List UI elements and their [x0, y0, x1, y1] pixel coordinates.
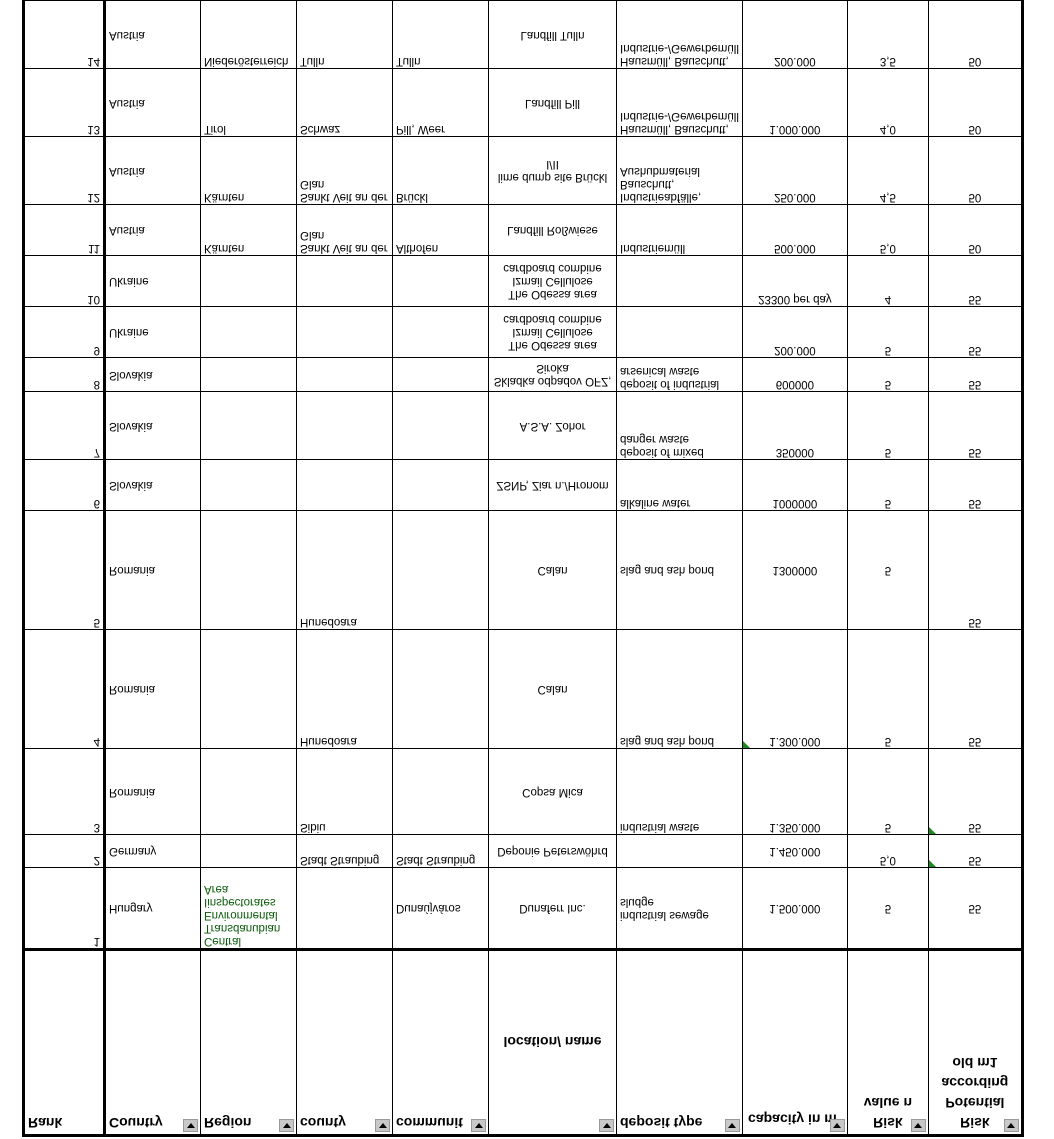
cell-capacity-text: 1000000 — [773, 497, 818, 509]
cell-risk-value[interactable]: 4,5 — [847, 137, 928, 205]
cell-deposit-type-text: Hausmüll, Bauschutt, Industrie-/Gewerbem… — [620, 110, 739, 135]
cell-deposit-type[interactable] — [617, 307, 743, 358]
cell-risk-value-text: 4 — [885, 293, 891, 305]
cell-region[interactable] — [201, 392, 297, 460]
cell-risk-potential[interactable]: 50 — [928, 205, 1022, 256]
cell-deposit-type[interactable]: deposit of mixed danger waste — [617, 392, 743, 460]
cell-region[interactable] — [201, 460, 297, 511]
cell-risk-potential[interactable]: 55 — [928, 835, 1022, 868]
cell-rank-text: 12 — [87, 191, 100, 203]
cell-capacity-text: 1.450.000 — [769, 846, 820, 858]
cell-community-text: Pill, Weer — [396, 123, 445, 135]
cell-risk-value-text: 5 — [885, 735, 891, 747]
cell-region[interactable]: Kärnten — [201, 205, 297, 256]
cell-risk-potential[interactable]: 55 — [928, 460, 1022, 511]
cell-county[interactable]: Sankt Veit an der Glan — [297, 137, 393, 205]
comment-indicator-icon[interactable] — [929, 827, 936, 834]
cell-county[interactable]: Hunedoara — [297, 630, 393, 749]
cell-rank[interactable]: 11 — [24, 205, 105, 256]
cell-country-text: Austria — [109, 165, 145, 177]
cell-rank-text: 10 — [87, 293, 100, 305]
filter-dropdown-community[interactable] — [471, 1119, 486, 1132]
cell-risk-value-text: 5 — [885, 903, 891, 915]
cell-county[interactable] — [297, 868, 393, 950]
cell-deposit-type[interactable]: deposit of industrial arsenical waste — [617, 358, 743, 392]
cell-country[interactable]: Ukraine — [105, 307, 201, 358]
cell-capacity[interactable]: 23300 per day — [742, 256, 847, 307]
cell-rank-text: 11 — [88, 242, 100, 254]
cell-rank-text: 4 — [94, 735, 100, 747]
cell-location[interactable]: Deponie Peterswöhrd — [489, 835, 617, 868]
cell-rank-text: 1 — [94, 935, 100, 947]
table-row: 3RomaniaSibiuCopsa Micaindustrial waste1… — [24, 749, 1023, 835]
filter-dropdown-location[interactable] — [599, 1119, 614, 1132]
cell-community[interactable] — [393, 392, 489, 460]
cell-capacity-text: 1.500.000 — [769, 903, 820, 915]
cell-country-text: Slovakia — [109, 369, 152, 381]
cell-location-text: Calan — [537, 684, 567, 696]
table-row: 5RomaniaHunedoaraCalanslag and ash pond1… — [24, 511, 1023, 630]
table-row: 8SlovakiaSkladka odpadov OFZ, Sirokadepo… — [24, 358, 1023, 392]
cell-risk-value-text: 3,5 — [880, 55, 896, 67]
cell-risk-potential-text: 55 — [968, 293, 981, 305]
cell-community-text: Tulln — [396, 55, 421, 67]
cell-deposit-type-text: industrial waste — [620, 821, 699, 833]
cell-region[interactable] — [201, 358, 297, 392]
cell-community-text: Dunaújváros — [396, 903, 461, 915]
header-rank: Rank — [24, 950, 105, 1136]
cell-location-text: The Odessa area Izmail Cellulose cardboa… — [503, 314, 601, 352]
cell-region[interactable] — [201, 630, 297, 749]
cell-risk-potential-text: 55 — [968, 616, 981, 628]
cell-location[interactable]: Skladka odpadov OFZ, Siroka — [489, 358, 617, 392]
cell-county[interactable]: Tulln — [297, 0, 393, 69]
cell-community-text: Stadt Straubing — [396, 854, 475, 866]
cell-deposit-type-text: slag and ash pond — [620, 735, 714, 747]
cell-region[interactable]: Kärnten — [201, 137, 297, 205]
table-row: 12AustriaKärntenSankt Veit an der GlanBr… — [24, 137, 1023, 205]
cell-location-text: Landfill Pill — [525, 97, 580, 109]
cell-capacity[interactable]: 1.000.000 — [742, 69, 847, 137]
cell-capacity[interactable]: 200.000 — [742, 0, 847, 69]
table-row: 10UkraineThe Odessa area Izmail Cellulos… — [24, 256, 1023, 307]
cell-location-text: Dunaferr Inc. — [519, 903, 585, 915]
cell-rank[interactable]: 13 — [24, 69, 105, 137]
filter-dropdown-risk-potential[interactable] — [1004, 1119, 1019, 1132]
cell-capacity-text: 500.000 — [774, 242, 816, 254]
cell-risk-value-text: 5,0 — [880, 242, 896, 254]
cell-country-text: Hungary — [109, 903, 152, 915]
cell-county-text: Stadt Straubing — [300, 854, 379, 866]
cell-location-text: Calan — [537, 565, 567, 577]
cell-country[interactable]: Romania — [105, 749, 201, 835]
spreadsheet: Rank Country Region county communit loca… — [0, 0, 1054, 1139]
cell-deposit-type[interactable]: alkaline water — [617, 460, 743, 511]
cell-risk-potential-text: 50 — [968, 191, 981, 203]
cell-country[interactable]: Austria — [105, 69, 201, 137]
cell-region[interactable] — [201, 307, 297, 358]
cell-risk-value-text: 4,5 — [880, 191, 896, 203]
cell-country-text: Germany — [109, 846, 156, 858]
cell-county[interactable]: Sibiu — [297, 749, 393, 835]
cell-capacity[interactable]: 1000000 — [742, 460, 847, 511]
cell-risk-potential[interactable]: 50 — [928, 69, 1022, 137]
cell-location[interactable]: A.S.A. Zohor — [489, 392, 617, 460]
cell-country[interactable]: Romania — [105, 630, 201, 749]
cell-rank[interactable]: 6 — [24, 460, 105, 511]
cell-country-text: Austria — [109, 225, 145, 237]
cell-community[interactable]: Pill, Weer — [393, 69, 489, 137]
cell-deposit-type-text: deposit of industrial arsenical waste — [620, 365, 719, 390]
cell-location-text: A.S.A. Zohor — [520, 420, 586, 432]
header-risk-potential: Risk Potential according old m1 — [928, 950, 1022, 1136]
cell-location[interactable]: Calan — [489, 511, 617, 630]
header-region: Region — [201, 950, 297, 1136]
cell-risk-value[interactable]: 5 — [847, 307, 928, 358]
cell-community-text: Brückl — [396, 191, 428, 203]
cell-region[interactable]: Central Transdanubian Environmental Iins… — [201, 868, 297, 950]
cell-deposit-type[interactable]: Industrieabfälle, Bauschutt, Aushubmater… — [617, 137, 743, 205]
cell-country[interactable]: Romania — [105, 511, 201, 630]
cell-rank-text: 9 — [94, 344, 100, 356]
table-row: 11AustriaKärntenSankt Veit an der GlanAl… — [24, 205, 1023, 256]
cell-county-text: Hunedoara — [300, 735, 357, 747]
cell-deposit-type-text: alkaline water — [620, 497, 690, 509]
cell-county[interactable]: Stadt Straubing — [297, 835, 393, 868]
cell-risk-value[interactable]: 5 — [847, 392, 928, 460]
cell-capacity[interactable]: 600000 — [742, 358, 847, 392]
cell-risk-value[interactable]: 4,0 — [847, 69, 928, 137]
cell-capacity[interactable]: 1300000 — [742, 511, 847, 630]
cell-county[interactable]: Sankt Veit an der Glan — [297, 205, 393, 256]
cell-county[interactable] — [297, 256, 393, 307]
cell-capacity[interactable]: 1.350.000 — [742, 749, 847, 835]
cell-location[interactable]: The Odessa area Izmail Cellulose cardboa… — [489, 307, 617, 358]
cell-rank[interactable]: 1 — [24, 868, 105, 950]
cell-county[interactable] — [297, 358, 393, 392]
cell-risk-potential[interactable]: 55 — [928, 307, 1022, 358]
cell-country-text: Austria — [109, 97, 145, 109]
cell-deposit-type-text: Industriemüll — [620, 242, 685, 254]
cell-location-text: Skladka odpadov OFZ, Siroka — [494, 363, 612, 388]
cell-risk-potential[interactable]: 55 — [928, 358, 1022, 392]
cell-deposit-type[interactable]: industrial sewage sludge — [617, 868, 743, 950]
cell-rank-text: 5 — [94, 616, 100, 628]
cell-deposit-type[interactable] — [617, 256, 743, 307]
header-capacity: capacity in m3 — [742, 950, 847, 1136]
cell-capacity-text: 350000 — [776, 446, 814, 458]
cell-county[interactable]: Schwaz — [297, 69, 393, 137]
cell-capacity[interactable]: 350000 — [742, 392, 847, 460]
cell-country-text: Romania — [109, 786, 155, 798]
cell-country[interactable]: Slovakia — [105, 460, 201, 511]
cell-country[interactable]: Ukraine — [105, 256, 201, 307]
cell-rank[interactable]: 9 — [24, 307, 105, 358]
header-risk-value: Risk value n — [847, 950, 928, 1136]
cell-risk-potential[interactable]: 55 — [928, 749, 1022, 835]
table-row: 14AustriaNiederösterreichTullnTullnLandf… — [24, 0, 1023, 69]
cell-deposit-type-text: Hausmüll, Bauschutt, Industrie-/Gewerbem… — [620, 42, 739, 67]
cell-county-text: Sankt Veit an der Glan — [300, 178, 388, 203]
table-row: 6SlovakiaZSNP, Ziar n./Hronomalkaline wa… — [24, 460, 1023, 511]
cell-rank[interactable]: 12 — [24, 137, 105, 205]
cell-country[interactable]: Austria — [105, 137, 201, 205]
cell-capacity-text: 1.350.000 — [769, 821, 820, 833]
header-location: location/ name — [489, 950, 617, 1136]
cell-county-text: Schwaz — [300, 123, 340, 135]
cell-risk-value-text: 5 — [885, 378, 891, 390]
cell-rank[interactable]: 2 — [24, 835, 105, 868]
cell-location-text: Landfill Roßwiese — [507, 225, 598, 237]
cell-country-text: Austria — [109, 29, 145, 41]
filter-dropdown-capacity[interactable] — [830, 1119, 845, 1132]
cell-capacity-text: 1300000 — [773, 565, 818, 577]
cell-capacity[interactable]: 250.000 — [742, 137, 847, 205]
table-row: 2GermanyStadt StraubingStadt StraubingDe… — [24, 835, 1023, 868]
cell-risk-potential-text: 55 — [968, 344, 981, 356]
cell-location[interactable]: The Odessa area Izmail Cellulose cardboa… — [489, 256, 617, 307]
cell-risk-value-text: 4,0 — [880, 123, 896, 135]
cell-risk-value-text: 5 — [885, 446, 891, 458]
cell-region-text: Central Transdanubian Environmental Iins… — [204, 883, 280, 947]
cell-risk-value[interactable]: 5 — [847, 630, 928, 749]
cell-risk-potential[interactable]: 55 — [928, 256, 1022, 307]
comment-indicator-icon[interactable] — [929, 860, 936, 867]
cell-rank[interactable]: 5 — [24, 511, 105, 630]
cell-country-text: Romania — [109, 684, 155, 696]
cell-region[interactable]: Niederösterreich — [201, 0, 297, 69]
cell-location[interactable]: Landfill Pill — [489, 69, 617, 137]
cell-location[interactable]: lime dump site Brückl I/II — [489, 137, 617, 205]
cell-rank[interactable]: 10 — [24, 256, 105, 307]
cell-capacity-text: 1.300.000 — [769, 735, 820, 747]
cell-risk-potential-text: 55 — [968, 497, 981, 509]
cell-country-text: Slovakia — [109, 420, 152, 432]
cell-risk-potential-text: 55 — [968, 854, 981, 866]
table-row: 7SlovakiaA.S.A. Zohordeposit of mixed da… — [24, 392, 1023, 460]
cell-region-text: Kärnten — [204, 242, 244, 254]
cell-risk-potential-text: 55 — [968, 821, 981, 833]
cell-community[interactable] — [393, 460, 489, 511]
cell-country-text: Romania — [109, 565, 155, 577]
cell-location[interactable]: Copsa Mica — [489, 749, 617, 835]
cell-country[interactable]: Slovakia — [105, 392, 201, 460]
cell-risk-value[interactable]: 5 — [847, 868, 928, 950]
cell-risk-potential-text: 55 — [968, 735, 981, 747]
cell-deposit-type-text: Industrieabfälle, Bauschutt, Aushubmater… — [620, 165, 701, 203]
cell-country-text: Ukraine — [109, 276, 149, 288]
cell-risk-potential[interactable]: 55 — [928, 868, 1022, 950]
cell-capacity[interactable]: 1.300.000 — [742, 630, 847, 749]
cell-county-text: Sankt Veit an der Glan — [300, 229, 388, 254]
cell-country[interactable]: Austria — [105, 0, 201, 69]
cell-location-text: lime dump site Brückl I/II — [498, 159, 607, 184]
cell-capacity-text: 200.000 — [774, 55, 816, 67]
cell-deposit-type[interactable]: Industriemüll — [617, 205, 743, 256]
cell-community[interactable]: Stadt Straubing — [393, 835, 489, 868]
cell-capacity-text: 250.000 — [774, 191, 816, 203]
cell-country[interactable]: Austria — [105, 205, 201, 256]
cell-county[interactable] — [297, 392, 393, 460]
cell-country-text: Slovakia — [109, 480, 152, 492]
header-county: county — [297, 950, 393, 1136]
filter-dropdown-country[interactable] — [183, 1119, 198, 1132]
cell-risk-value[interactable]: 5,0 — [847, 205, 928, 256]
cell-risk-potential[interactable]: 55 — [928, 630, 1022, 749]
filter-dropdown-region[interactable] — [279, 1119, 294, 1132]
cell-community[interactable] — [393, 749, 489, 835]
filter-dropdown-deposit-type[interactable] — [725, 1119, 740, 1132]
cell-risk-value-text: 5 — [885, 344, 891, 356]
cell-risk-value[interactable]: 5 — [847, 511, 928, 630]
cell-deposit-type[interactable]: slag and ash pond — [617, 511, 743, 630]
cell-county-text: Sibiu — [300, 821, 326, 833]
cell-rank[interactable]: 4 — [24, 630, 105, 749]
cell-region-text: Niederösterreich — [204, 55, 288, 67]
cell-country[interactable]: Slovakia — [105, 358, 201, 392]
cell-capacity[interactable]: 200.000 — [742, 307, 847, 358]
cell-deposit-type-text: slag and ash pond — [620, 565, 714, 577]
cell-rank-text: 6 — [94, 497, 100, 509]
cell-location-text: Deponie Peterswöhrd — [497, 846, 608, 858]
cell-community[interactable] — [393, 511, 489, 630]
table-row: 13AustriaTirolSchwazPill, WeerLandfill P… — [24, 69, 1023, 137]
cell-community[interactable]: Tulln — [393, 0, 489, 69]
cell-risk-potential-text: 55 — [968, 903, 981, 915]
cell-community[interactable]: Althofen — [393, 205, 489, 256]
landfill-risk-table: Rank Country Region county communit loca… — [22, 0, 1024, 1137]
cell-rank-text: 7 — [94, 446, 100, 458]
header-deposit-type: deposit type — [617, 950, 743, 1136]
cell-risk-potential[interactable]: 50 — [928, 137, 1022, 205]
cell-rank-text: 3 — [94, 821, 100, 833]
header-row: Rank Country Region county communit loca… — [24, 950, 1023, 1136]
cell-location-text: Copsa Mica — [522, 786, 583, 798]
cell-location[interactable]: Calan — [489, 630, 617, 749]
cell-deposit-type[interactable]: industrial waste — [617, 749, 743, 835]
cell-location-text: Landfill Tulln — [521, 29, 585, 41]
cell-capacity-text: 200.000 — [774, 344, 816, 356]
cell-deposit-type-text: industrial sewage sludge — [620, 896, 709, 921]
cell-region[interactable]: Tirol — [201, 69, 297, 137]
cell-county-text: Tulln — [300, 55, 325, 67]
table-row: 1HungaryCentral Transdanubian Environmen… — [24, 868, 1023, 950]
cell-risk-potential[interactable]: 50 — [928, 0, 1022, 69]
cell-community[interactable]: Brückl — [393, 137, 489, 205]
cell-risk-value[interactable]: 5 — [847, 460, 928, 511]
cell-rank-text: 2 — [94, 854, 100, 866]
filter-dropdown-county[interactable] — [375, 1119, 390, 1132]
cell-country[interactable]: Hungary — [105, 868, 201, 950]
cell-risk-potential-text: 55 — [968, 446, 981, 458]
cell-risk-value[interactable]: 5 — [847, 749, 928, 835]
cell-deposit-type[interactable]: Hausmüll, Bauschutt, Industrie-/Gewerbem… — [617, 69, 743, 137]
cell-risk-value[interactable]: 4 — [847, 256, 928, 307]
cell-community[interactable] — [393, 630, 489, 749]
table-row: 4RomaniaHunedoaraCalanslag and ash pond1… — [24, 630, 1023, 749]
cell-rank-text: 14 — [87, 55, 100, 67]
cell-country-text: Ukraine — [109, 327, 149, 339]
cell-community[interactable] — [393, 358, 489, 392]
header-community: communit — [393, 950, 489, 1136]
cell-community-text: Althofen — [396, 242, 438, 254]
cell-deposit-type[interactable] — [617, 835, 743, 868]
cell-region[interactable] — [201, 749, 297, 835]
cell-risk-value-text: 5 — [885, 565, 891, 577]
cell-region[interactable] — [201, 511, 297, 630]
filter-dropdown-risk-value[interactable] — [911, 1119, 926, 1132]
cell-deposit-type[interactable]: Hausmüll, Bauschutt, Industrie-/Gewerbem… — [617, 0, 743, 69]
cell-capacity-text: 23300 per day — [758, 293, 832, 305]
cell-risk-potential-text: 55 — [968, 378, 981, 390]
cell-region-text: Tirol — [204, 123, 226, 135]
cell-risk-potential[interactable]: 55 — [928, 392, 1022, 460]
cell-location[interactable]: ZSNP, Ziar n./Hronom — [489, 460, 617, 511]
cell-risk-value[interactable]: 5 — [847, 358, 928, 392]
cell-region-text: Kärnten — [204, 191, 244, 203]
cell-risk-potential-text: 50 — [968, 55, 981, 67]
cell-location-text: The Odessa area Izmail Cellulose cardboa… — [503, 263, 601, 301]
cell-capacity[interactable]: 1.500.000 — [742, 868, 847, 950]
cell-rank-text: 8 — [94, 378, 100, 390]
comment-indicator-icon[interactable] — [743, 741, 750, 748]
header-country: Country — [105, 950, 201, 1136]
cell-community[interactable] — [393, 307, 489, 358]
cell-county[interactable] — [297, 460, 393, 511]
cell-rank[interactable]: 3 — [24, 749, 105, 835]
cell-capacity[interactable]: 1.450.000 — [742, 835, 847, 868]
cell-location[interactable]: Landfill Roßwiese — [489, 205, 617, 256]
cell-location-text: ZSNP, Ziar n./Hronom — [496, 480, 608, 492]
table-row: 9UkraineThe Odessa area Izmail Cellulose… — [24, 307, 1023, 358]
cell-location[interactable]: Dunaferr Inc. — [489, 868, 617, 950]
cell-rank[interactable]: 7 — [24, 392, 105, 460]
cell-community[interactable]: Dunaújváros — [393, 868, 489, 950]
cell-risk-value[interactable]: 3,5 — [847, 0, 928, 69]
cell-community[interactable] — [393, 256, 489, 307]
cell-rank[interactable]: 14 — [24, 0, 105, 69]
cell-country[interactable]: Germany — [105, 835, 201, 868]
cell-county[interactable]: Hunedoara — [297, 511, 393, 630]
cell-county-text: Hunedoara — [300, 616, 357, 628]
cell-rank-text: 13 — [87, 123, 100, 135]
cell-risk-potential-text: 50 — [968, 123, 981, 135]
cell-risk-value-text: 5,0 — [880, 854, 896, 866]
cell-capacity[interactable]: 500.000 — [742, 205, 847, 256]
cell-capacity-text: 1.000.000 — [769, 123, 820, 135]
cell-risk-value-text: 5 — [885, 497, 891, 509]
cell-risk-value[interactable]: 5,0 — [847, 835, 928, 868]
cell-region[interactable] — [201, 256, 297, 307]
cell-location[interactable]: Landfill Tulln — [489, 0, 617, 69]
cell-county[interactable] — [297, 307, 393, 358]
cell-rank[interactable]: 8 — [24, 358, 105, 392]
cell-deposit-type-text: deposit of mixed danger waste — [620, 433, 704, 458]
cell-risk-value-text: 5 — [885, 821, 891, 833]
cell-region[interactable] — [201, 835, 297, 868]
cell-deposit-type[interactable]: slag and ash pond — [617, 630, 743, 749]
cell-risk-potential[interactable]: 55 — [928, 511, 1022, 630]
cell-risk-potential-text: 50 — [968, 242, 981, 254]
cell-capacity-text: 600000 — [776, 378, 814, 390]
